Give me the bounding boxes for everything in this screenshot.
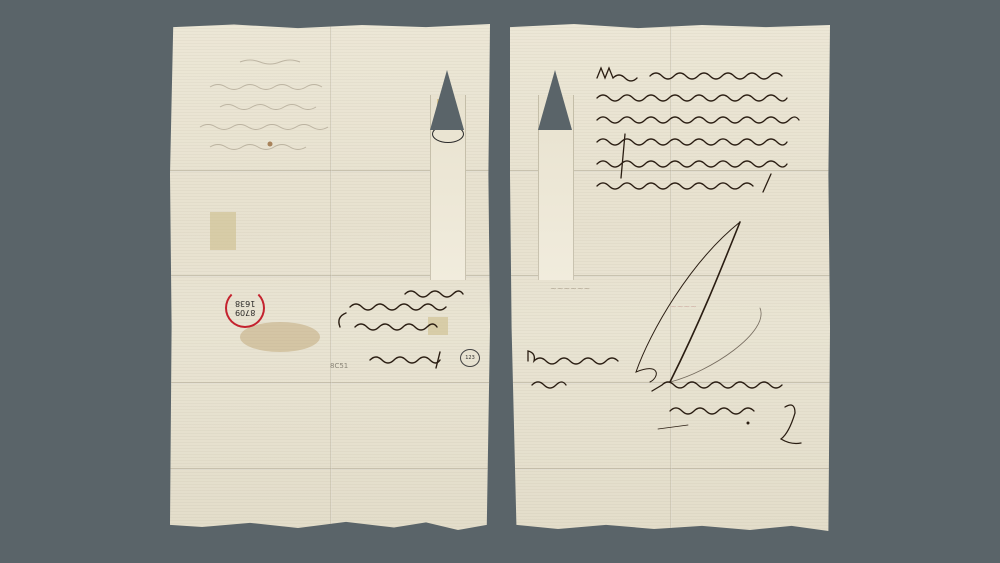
pencil-note: 8C51: [330, 362, 348, 370]
small-stamp: 123: [460, 349, 480, 367]
faded-stamp: ~~~~: [670, 302, 697, 311]
signature-handwriting: [650, 367, 830, 457]
faded-writing: ~~~~~~: [550, 284, 590, 293]
tab-notch: [538, 70, 572, 130]
library-stamp: 1638 8709: [225, 288, 265, 328]
letter-body-handwriting: [595, 64, 825, 204]
address-handwriting: [330, 282, 480, 382]
stamp-number-bottom: 8709: [235, 308, 255, 317]
faded-writing: [190, 52, 430, 162]
small-stamp-text: 123: [465, 355, 475, 361]
date-note-handwriting: [524, 347, 634, 397]
tab-notch: [430, 70, 464, 130]
paper-patch: [210, 212, 236, 250]
stamp-number-top: 1638: [235, 299, 255, 308]
